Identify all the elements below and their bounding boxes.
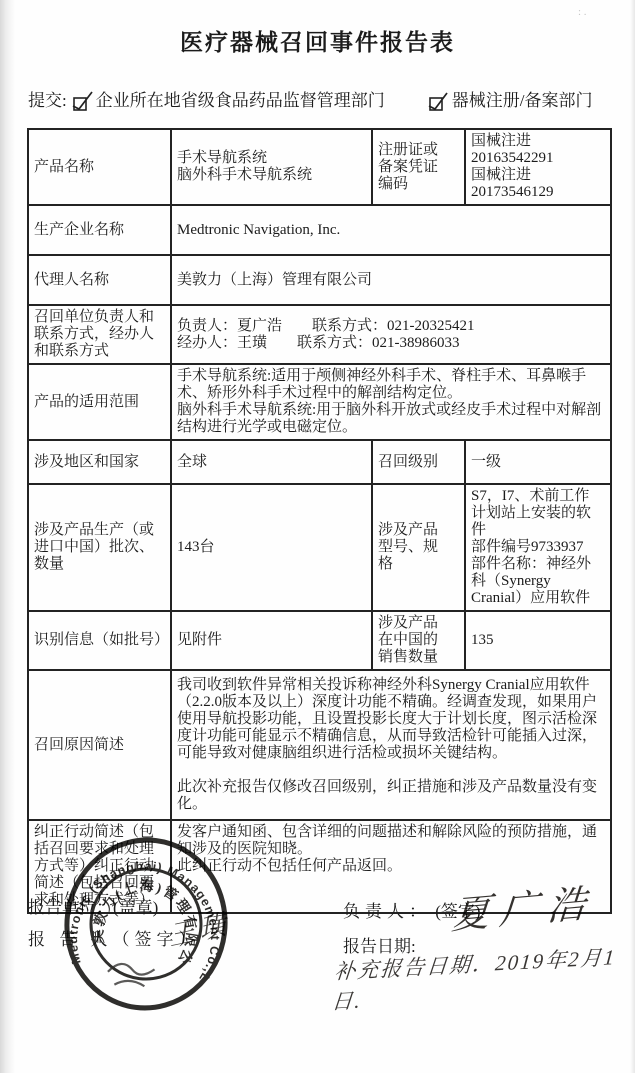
document-page: : . 医疗器械召回事件报告表 提交: 企业所在地省级食品药品监督管理部门 器械…	[0, 0, 635, 1073]
recall-report-table: 产品名称 手术导航系统 脑外科手术导航系统 注册证或 备案凭证 编码 国械注进 …	[27, 128, 612, 914]
product-name-label-cell: 产品名称	[28, 129, 171, 205]
page-title: 医疗器械召回事件报告表	[0, 24, 635, 57]
row-agent: 代理人名称 美敦力（上海）管理有限公司	[28, 255, 611, 305]
responsible-signature: 夏广浩	[450, 871, 598, 939]
submit-option-2: 器械注册/备案部门	[423, 86, 593, 111]
model-spec-label-cell: 涉及产品 型号、规 格	[372, 484, 465, 611]
contacts-label-cell: 召回单位负责人和 联系方式，经办人 和联系方式	[28, 305, 171, 364]
recall-level-label-cell: 召回级别	[372, 440, 465, 484]
row-regions: 涉及地区和国家 全球 召回级别 一级	[28, 440, 611, 484]
stamp-handwriting-squiggle	[106, 962, 154, 989]
recall-level-value-cell: 一级	[465, 440, 611, 484]
intended-use-label-cell: 产品的适用范围	[28, 364, 171, 440]
regions-label-cell: 涉及地区和国家	[28, 440, 171, 484]
manufacturer-label-cell: 生产企业名称	[28, 205, 171, 255]
manufacturer-value-cell: Medtronic Navigation, Inc.	[171, 205, 611, 255]
scan-edge-right	[630, 0, 635, 1073]
model-spec-value-cell: S7，I7、术前工作 计划站上安装的软 件 部件编号9733937 部件名称：神…	[465, 484, 611, 611]
agent-label-cell: 代理人名称	[28, 255, 171, 305]
row-manufacturer: 生产企业名称 Medtronic Navigation, Inc.	[28, 205, 611, 255]
report-unit-line: 报告单位：(盖章)	[28, 893, 158, 918]
recall-reason-label-cell: 召回原因简述	[28, 670, 171, 820]
submit-option-1-label: 企业所在地省级食品药品监督管理部门	[96, 86, 385, 111]
submit-row: 提交: 企业所在地省级食品药品监督管理部门 器械注册/备案部门	[28, 86, 618, 111]
row-identification: 识别信息（如批号） 见附件 涉及产品 在中国的 销售数量 135	[28, 611, 611, 670]
responsible-label: 负责人：	[343, 902, 431, 921]
batches-label-cell: 涉及产品生产（或 进口中国）批次、 数量	[28, 484, 171, 611]
registration-no-label-cell: 注册证或 备案凭证 编码	[372, 129, 465, 205]
checkbox-checked-icon[interactable]	[69, 91, 95, 113]
row-contacts: 召回单位负责人和 联系方式，经办人 和联系方式 负责人：夏广浩 联系方式：021…	[28, 305, 611, 364]
submit-option-2-label: 器械注册/备案部门	[452, 86, 593, 111]
batches-value-cell: 143台	[171, 484, 372, 611]
scan-speck: : .	[578, 6, 587, 18]
china-sales-label-cell: 涉及产品 在中国的 销售数量	[372, 611, 465, 670]
identification-label-cell: 识别信息（如批号）	[28, 611, 171, 670]
submit-label: 提交:	[28, 86, 67, 111]
recall-reason-value-cell: 我司收到软件异常相关投诉称神经外科Synergy Cranial应用软件（2.2…	[171, 670, 611, 820]
regions-value-cell: 全球	[171, 440, 372, 484]
checkbox-checked-icon[interactable]	[425, 91, 451, 113]
identification-value-cell: 见附件	[171, 611, 372, 670]
row-intended-use: 产品的适用范围 手术导航系统:适用于颅侧神经外科手术、脊柱手术、耳鼻喉手术、矫形…	[28, 364, 611, 440]
registration-no-value-cell: 国械注进 20163542291 国械注进 20173546129	[465, 129, 611, 205]
agent-value-cell: 美敦力（上海）管理有限公司	[171, 255, 611, 305]
row-batches: 涉及产品生产（或 进口中国）批次、 数量 143台 涉及产品 型号、规 格 S7…	[28, 484, 611, 611]
submit-option-1: 企业所在地省级食品药品监督管理部门	[67, 86, 385, 111]
contacts-value-cell: 负责人：夏广浩 联系方式：021-20325421 经办人：王璜 联系方式：02…	[171, 305, 611, 364]
row-product-name: 产品名称 手术导航系统 脑外科手术导航系统 注册证或 备案凭证 编码 国械注进 …	[28, 129, 611, 205]
china-sales-value-cell: 135	[465, 611, 611, 670]
scan-edge-left	[0, 0, 15, 1073]
intended-use-value-cell: 手术导航系统:适用于颅侧神经外科手术、脊柱手术、耳鼻喉手术、矫形外科手术过程中的…	[171, 364, 611, 440]
product-name-value-cell: 手术导航系统 脑外科手术导航系统	[171, 129, 372, 205]
row-recall-reason: 召回原因简述 我司收到软件异常相关投诉称神经外科Synergy Cranial应…	[28, 670, 611, 820]
